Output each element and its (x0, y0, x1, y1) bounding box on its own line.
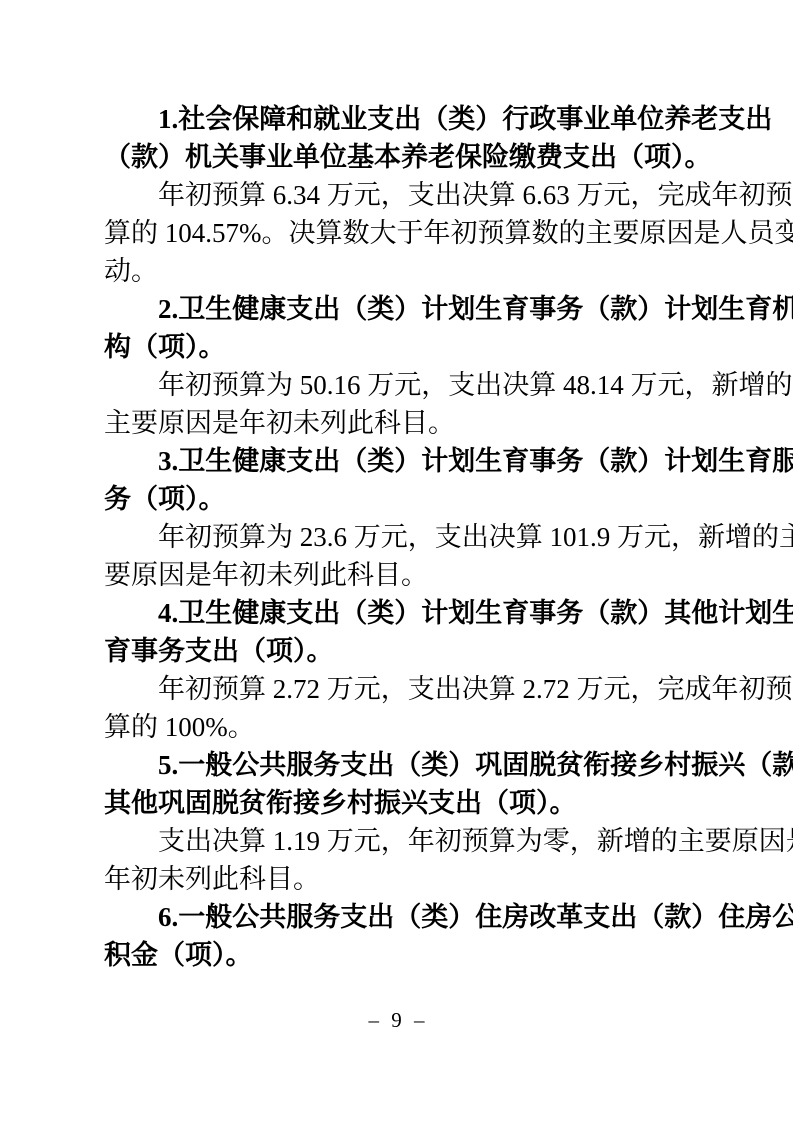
body-line: 年初预算为 23.6 万元，支出决算 101.9 万元，新增的主 (104, 518, 672, 556)
heading-line: 务（项）。 (104, 480, 672, 518)
heading-paragraph: 1.社会保障和就业支出（类）行政事业单位养老支出（款）机关事业单位基本养老保险缴… (104, 100, 672, 176)
heading-line: 5.一般公共服务支出（类）巩固脱贫衔接乡村振兴（款） (104, 746, 672, 784)
body-line: 算的 104.57%。决算数大于年初预算数的主要原因是人员变 (104, 214, 672, 252)
body-line: 年初预算为 50.16 万元，支出决算 48.14 万元，新增的 (104, 366, 672, 404)
heading-paragraph: 2.卫生健康支出（类）计划生育事务（款）计划生育机构（项）。 (104, 290, 672, 366)
heading-line: 2.卫生健康支出（类）计划生育事务（款）计划生育机 (104, 290, 672, 328)
heading-paragraph: 4.卫生健康支出（类）计划生育事务（款）其他计划生育事务支出（项）。 (104, 594, 672, 670)
heading-line: （款）机关事业单位基本养老保险缴费支出（项）。 (104, 138, 672, 176)
body-line: 动。 (104, 252, 672, 290)
heading-line: 6.一般公共服务支出（类）住房改革支出（款）住房公 (104, 898, 672, 936)
body-line: 要原因是年初未列此科目。 (104, 556, 672, 594)
heading-line: 积金（项）。 (104, 936, 672, 974)
body-paragraph: 年初预算 2.72 万元，支出决算 2.72 万元，完成年初预算的 100%。 (104, 670, 672, 746)
heading-line: 3.卫生健康支出（类）计划生育事务（款）计划生育服 (104, 442, 672, 480)
body-paragraph: 支出决算 1.19 万元，年初预算为零，新增的主要原因是年初未列此科目。 (104, 822, 672, 898)
heading-line: 1.社会保障和就业支出（类）行政事业单位养老支出 (104, 100, 672, 138)
body-line: 支出决算 1.19 万元，年初预算为零，新增的主要原因是 (104, 822, 672, 860)
body-paragraph: 年初预算为 50.16 万元，支出决算 48.14 万元，新增的主要原因是年初未… (104, 366, 672, 442)
heading-paragraph: 6.一般公共服务支出（类）住房改革支出（款）住房公积金（项）。 (104, 898, 672, 974)
body-line: 年初预算 2.72 万元，支出决算 2.72 万元，完成年初预 (104, 670, 672, 708)
heading-line: 育事务支出（项）。 (104, 632, 672, 670)
document-page: 1.社会保障和就业支出（类）行政事业单位养老支出（款）机关事业单位基本养老保险缴… (0, 0, 793, 1122)
heading-paragraph: 5.一般公共服务支出（类）巩固脱贫衔接乡村振兴（款）其他巩固脱贫衔接乡村振兴支出… (104, 746, 672, 822)
body-line: 年初未列此科目。 (104, 860, 672, 898)
heading-paragraph: 3.卫生健康支出（类）计划生育事务（款）计划生育服务（项）。 (104, 442, 672, 518)
body-line: 算的 100%。 (104, 708, 672, 746)
body-paragraph: 年初预算为 23.6 万元，支出决算 101.9 万元，新增的主要原因是年初未列… (104, 518, 672, 594)
body-paragraph: 年初预算 6.34 万元，支出决算 6.63 万元，完成年初预算的 104.57… (104, 176, 672, 290)
document-body: 1.社会保障和就业支出（类）行政事业单位养老支出（款）机关事业单位基本养老保险缴… (104, 100, 672, 974)
body-line: 年初预算 6.34 万元，支出决算 6.63 万元，完成年初预 (104, 176, 672, 214)
body-line: 主要原因是年初未列此科目。 (104, 404, 672, 442)
heading-line: 其他巩固脱贫衔接乡村振兴支出（项）。 (104, 784, 672, 822)
heading-line: 构（项）。 (104, 328, 672, 366)
heading-line: 4.卫生健康支出（类）计划生育事务（款）其他计划生 (104, 594, 672, 632)
page-number: – 9 – (0, 1006, 793, 1034)
